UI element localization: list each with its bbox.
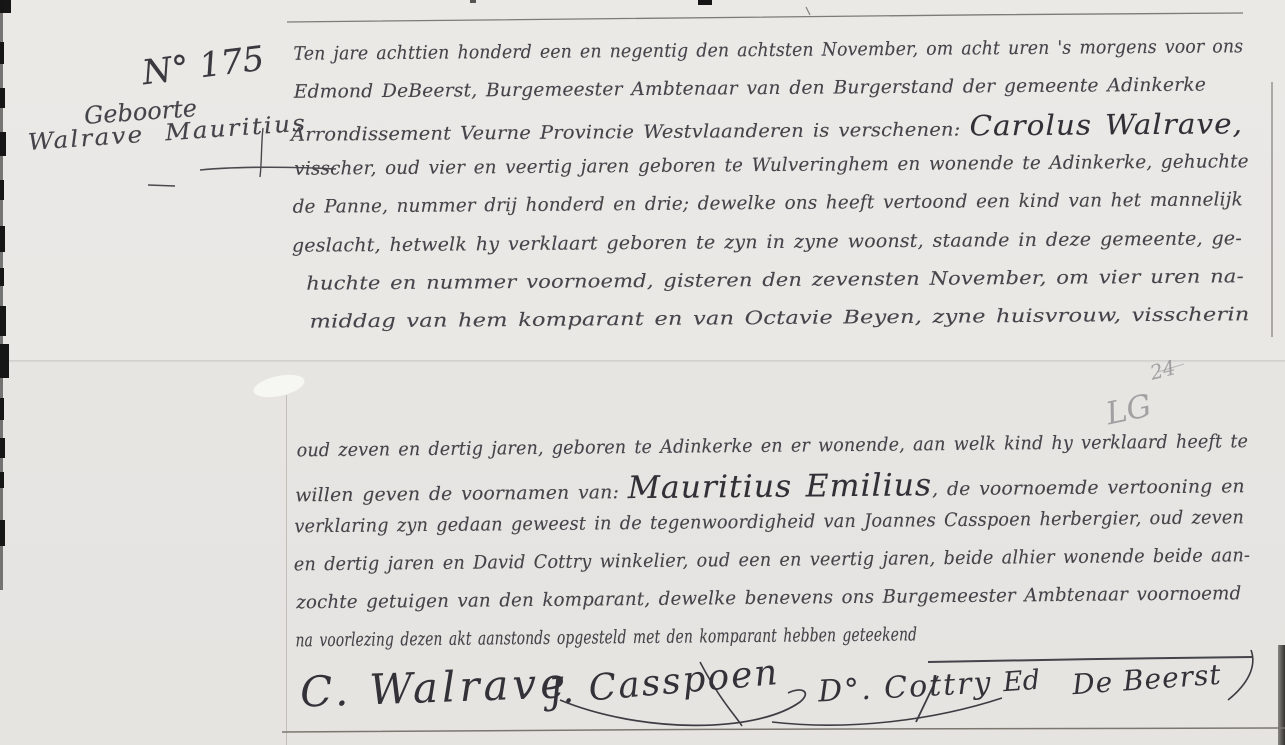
record-line: willen geven de voornamen van: Mauritius… (295, 464, 1245, 509)
record-line: verklaring zyn gedaan geweest in de tege… (294, 507, 1244, 537)
signature-walrave: C. Walrave (299, 658, 570, 716)
signature-paraph: Ed (1002, 665, 1041, 699)
record-line: en dertig jaren en David Cottry winkelie… (294, 545, 1251, 575)
act-text-lower: oud zeven en dertig jaren, geboren te Ad… (0, 0, 1285, 745)
record-line: zochte getuigen van den komparant, dewel… (296, 583, 1241, 613)
record-line-text: willen geven de voornamen van: (295, 482, 619, 506)
record-line-text: , de voornoemde vertooning en (932, 476, 1245, 500)
record-line: oud zeven en dertig jaren, geboren te Ad… (297, 431, 1249, 461)
child-name-emphasized: Mauritius Emilius (628, 467, 933, 506)
scanned-birth-record-page: N° 175 Geboorte Walrave Mauritius 24 LG … (0, 0, 1285, 745)
record-line: na voorlezing dezen akt aanstonds opgest… (295, 624, 917, 651)
